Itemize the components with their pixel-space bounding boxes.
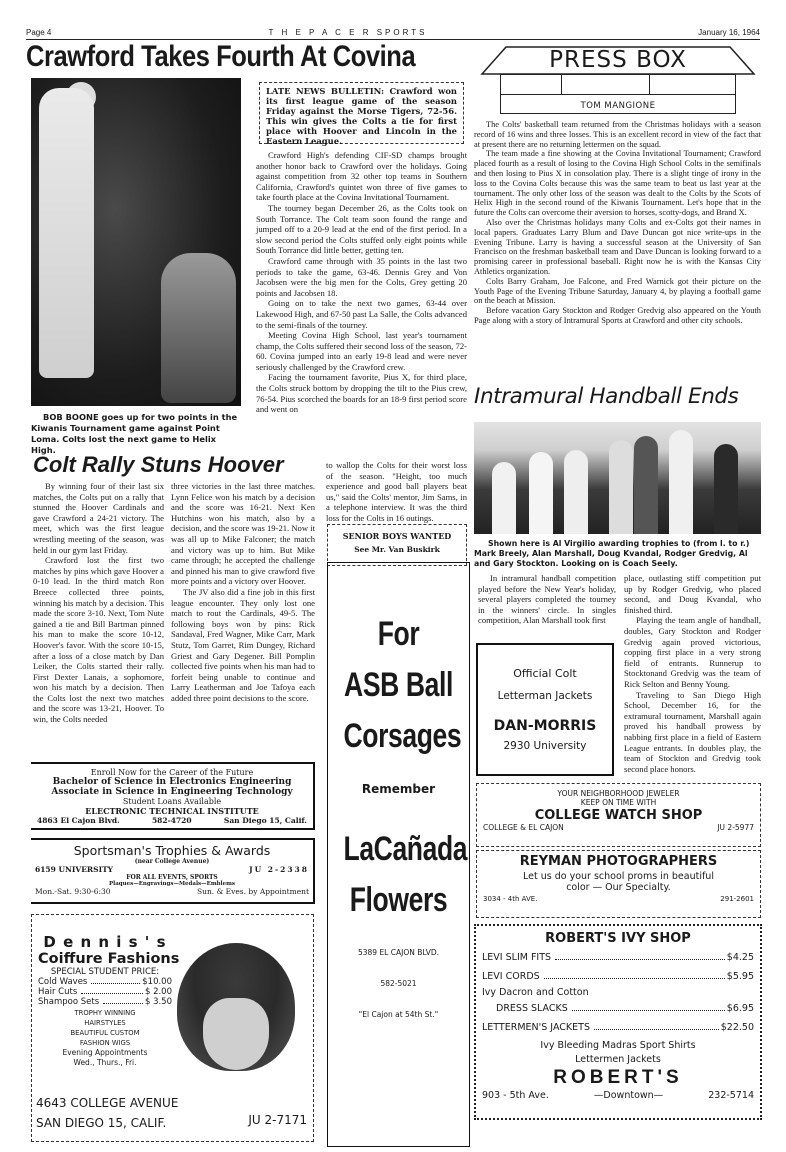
paragraph: The JV also did a fine job in this first… [171, 587, 315, 704]
press-box-body: The Colts' basketball team returned from… [474, 120, 761, 326]
ad-phone: 232-5714 [708, 1090, 754, 1101]
ad-text: BEAUTIFUL CUSTOM [38, 1028, 172, 1038]
ad-text: Student Loans Available [31, 797, 313, 806]
ad-text: SPECIAL STUDENT PRICE: [38, 967, 172, 977]
ad-brand: COLLEGE WATCH SHOP [477, 808, 760, 823]
price-item: Shampoo Sets [38, 997, 99, 1007]
ad-brand: LaCañada [344, 830, 454, 869]
trophies-ad: Sportsman's Trophies & Awards (near Coll… [31, 838, 315, 904]
ad-phone: JU 2-2338 [249, 865, 309, 874]
paragraph: place, outlasting stiff competition put … [624, 573, 761, 615]
paragraph: Crawford lost the first two matches by p… [33, 555, 164, 725]
ad-area: —Downtown— [594, 1090, 663, 1101]
press-box-title: PRESS BOX [480, 47, 756, 73]
ad-brand: ROBERT'S IVY SHOP [482, 931, 754, 946]
price-list: LEVI SLIM FITS$4.25 LEVI CORDS$5.95 Ivy … [482, 948, 754, 1037]
price-value: $22.50 [721, 1018, 754, 1037]
ad-text: Ivy Bleeding Madras Sport Shirts [482, 1039, 754, 1053]
paragraph: The team made a fine showing at the Covi… [474, 149, 761, 218]
reyman-ad: REYMAN PHOTOGRAPHERS Let us do your scho… [476, 850, 761, 918]
ad-text: color — Our Specialty. [477, 882, 760, 893]
ad-phone: JU 2-5977 [717, 823, 754, 832]
ad-address: COLLEGE & EL CAJON [483, 823, 564, 832]
paragraph: By winning four of their last six matche… [33, 481, 164, 555]
ad-text: TROPHY WINNING [38, 1008, 172, 1018]
price-item-heading: Ivy Dacron and Cotton [482, 986, 754, 999]
ad-city: SAN DIEGO 15, CALIF. [36, 1113, 178, 1133]
ad-phone: 582-5021 [328, 979, 469, 988]
ad-phone: JU 2-7171 [248, 1113, 307, 1127]
handball-trophy-photo [474, 422, 761, 534]
paragraph: Crawford High's defending CIF-SD champs … [256, 150, 467, 203]
ad-text: Wed., Thurs., Fri. [38, 1058, 172, 1068]
lead-headline: Crawford Takes Fourth At Covina [26, 40, 415, 74]
ad-tagline: "El Cajon at 54th St." [328, 1010, 469, 1019]
ad-city: San Diego 15, Calif. [224, 816, 307, 825]
paragraph: Before vacation Gary Stockton and Rodger… [474, 306, 761, 326]
dan-morris-ad: Official Colt Letterman Jackets DAN-MORR… [476, 643, 614, 776]
ad-text: KEEP ON TIME WITH [477, 798, 760, 807]
ad-text: HAIRSTYLES [38, 1018, 172, 1028]
photo-caption: BOB BOONE goes up for two points in the … [31, 412, 241, 456]
price-item: LETTERMEN'S JACKETS [482, 1018, 590, 1037]
ad-address: 5389 EL CAJON BLVD. [328, 948, 469, 957]
ad-address: 2930 University [478, 740, 612, 752]
lead-story-body: Crawford High's defending CIF-SD champs … [256, 150, 467, 415]
ad-address: 3034 - 4th AVE. [483, 895, 537, 903]
ad-title: D e n n i s ' s [38, 933, 172, 951]
notice-subtitle: See Mr. Van Buskirk [328, 545, 466, 554]
paragraph: The tourney began December 26, as the Co… [256, 203, 467, 256]
late-news-bulletin: LATE NEWS BULLETIN: Crawford won its fir… [259, 82, 464, 144]
paragraph: Going on to take the next two games, 63-… [256, 298, 467, 330]
price-item: Hair Cuts [38, 987, 77, 997]
price-item: DRESS SLACKS [496, 999, 568, 1018]
page-header: Page 4 T H E P A C E R SPORTS January 16… [26, 28, 760, 40]
ad-brand: DAN-MORRIS [478, 718, 612, 734]
press-box-logo: PRESS BOX TOM MANGIONE [480, 44, 756, 114]
paragraph: The Colts' basketball team returned from… [474, 120, 761, 149]
senior-boys-notice: SENIOR BOYS WANTED See Mr. Van Buskirk [327, 524, 467, 566]
ad-appt: Sun. & Eves. by Appointment [197, 887, 309, 896]
paper-name: T H E P A C E R SPORTS [26, 28, 760, 37]
price-value: $10.00 [142, 977, 172, 987]
price-value: $ 2.00 [145, 987, 172, 997]
paragraph: Colts Barry Graham, Joe Falcone, and Fre… [474, 277, 761, 306]
ecti-ad: Enroll Now for the Career of the Future … [31, 762, 315, 830]
price-item: Cold Waves [38, 977, 87, 987]
notice-title: SENIOR BOYS WANTED [328, 531, 466, 541]
basketball-photo [31, 78, 241, 406]
ad-text: FOR ALL EVENTS, SPORTS [31, 874, 313, 881]
ad-text: Corsages [344, 717, 454, 756]
coiffure-ad: D e n n i s ' s Coiffure Fashions SPECIA… [31, 914, 314, 1142]
price-value: $6.95 [727, 999, 754, 1018]
ad-text: (near College Avenue) [31, 858, 313, 865]
paragraph: three victories in the last three matche… [171, 481, 315, 587]
ad-text: Letterman Jackets [478, 690, 612, 702]
ad-phone: 291-2601 [720, 895, 754, 903]
ad-address: 6159 UNIVERSITY [35, 865, 113, 874]
handball-col2: place, outlasting stiff competition put … [624, 573, 761, 774]
price-item: LEVI CORDS [482, 967, 540, 986]
ad-text: Evening Appointments [38, 1048, 172, 1058]
flowers-ad: For ASB Ball Corsages Remember LaCañada … [327, 562, 470, 1147]
ad-hours: Mon.-Sat. 9:30-6:30 [35, 887, 111, 896]
columnist-name: TOM MANGIONE [501, 101, 735, 111]
paragraph: In intramural handball competition playe… [478, 573, 616, 626]
price-value: $ 3.50 [145, 997, 172, 1007]
paragraph: Playing the team angle of handball, doub… [624, 615, 761, 689]
ad-address: 4643 COLLEGE AVENUE [36, 1093, 178, 1113]
ad-address: 4863 El Cajon Blvd. [37, 816, 120, 825]
handball-caption: Shown here is Al Virgilio awarding troph… [474, 539, 761, 569]
ad-title: Sportsman's Trophies & Awards [31, 843, 313, 858]
ad-text: ASB Ball [344, 666, 454, 705]
ad-text: Bachelor of Science in Electronics Engin… [31, 777, 313, 787]
ad-address: 903 - 5th Ave. [482, 1090, 549, 1101]
handball-col1: In intramural handball competition playe… [478, 573, 616, 626]
ad-text: For [344, 615, 454, 654]
ad-text: Associate in Science in Engineering Tech… [31, 787, 313, 797]
ad-brand: Flowers [344, 881, 454, 920]
press-box-frame: TOM MANGIONE [500, 74, 736, 114]
ad-brand: REYMAN PHOTOGRAPHERS [477, 854, 760, 869]
handball-headline: Intramural Handball Ends [474, 384, 738, 409]
ad-text: Enroll Now for the Career of the Future [31, 768, 313, 777]
wrestling-headline: Colt Rally Stuns Hoover [33, 452, 284, 478]
wrestling-col1: By winning four of their last six matche… [33, 481, 164, 725]
ad-brand: ROBERT'S [482, 1067, 754, 1089]
paragraph: Crawford came through with 35 points in … [256, 256, 467, 298]
issue-date: January 16, 1964 [698, 28, 760, 37]
lead-story-continued: to wallop the Colts for their worst loss… [326, 460, 467, 524]
wrestling-col2: three victories in the last three matche… [171, 481, 315, 703]
player-figure [39, 88, 94, 378]
paragraph: Traveling to San Diego High School, Dece… [624, 690, 761, 775]
woman-portrait [177, 943, 295, 1071]
paragraph: Facing the tournament favorite, Pius X, … [256, 372, 467, 414]
roberts-ad: ROBERT'S IVY SHOP LEVI SLIM FITS$4.25 LE… [474, 924, 762, 1120]
ad-text: Let us do your school proms in beautiful [477, 871, 760, 882]
ad-text: FASHION WIGS [38, 1038, 172, 1048]
paragraph: Also over the Christmas holidays many Co… [474, 218, 761, 277]
watch-shop-ad: YOUR NEIGHBORHOOD JEWELER KEEP ON TIME W… [476, 783, 761, 847]
ad-text: ELECTRONIC TECHNICAL INSTITUTE [31, 806, 313, 816]
ad-text: Lettermen Jackets [482, 1053, 754, 1067]
ad-text: YOUR NEIGHBORHOOD JEWELER [477, 789, 760, 798]
defender-figure [161, 253, 236, 403]
ad-phone: 582-4720 [152, 816, 192, 825]
price-item: LEVI SLIM FITS [482, 948, 551, 967]
ad-text: Official Colt [478, 667, 612, 680]
price-value: $4.25 [727, 948, 754, 967]
price-list: Cold Waves$10.00 Hair Cuts$ 2.00 Shampoo… [38, 977, 172, 1007]
paragraph: Meeting Covina High School, last year's … [256, 330, 467, 372]
price-value: $5.95 [727, 967, 754, 986]
ad-text: Remember [328, 782, 469, 796]
ad-title: Coiffure Fashions [38, 951, 172, 967]
